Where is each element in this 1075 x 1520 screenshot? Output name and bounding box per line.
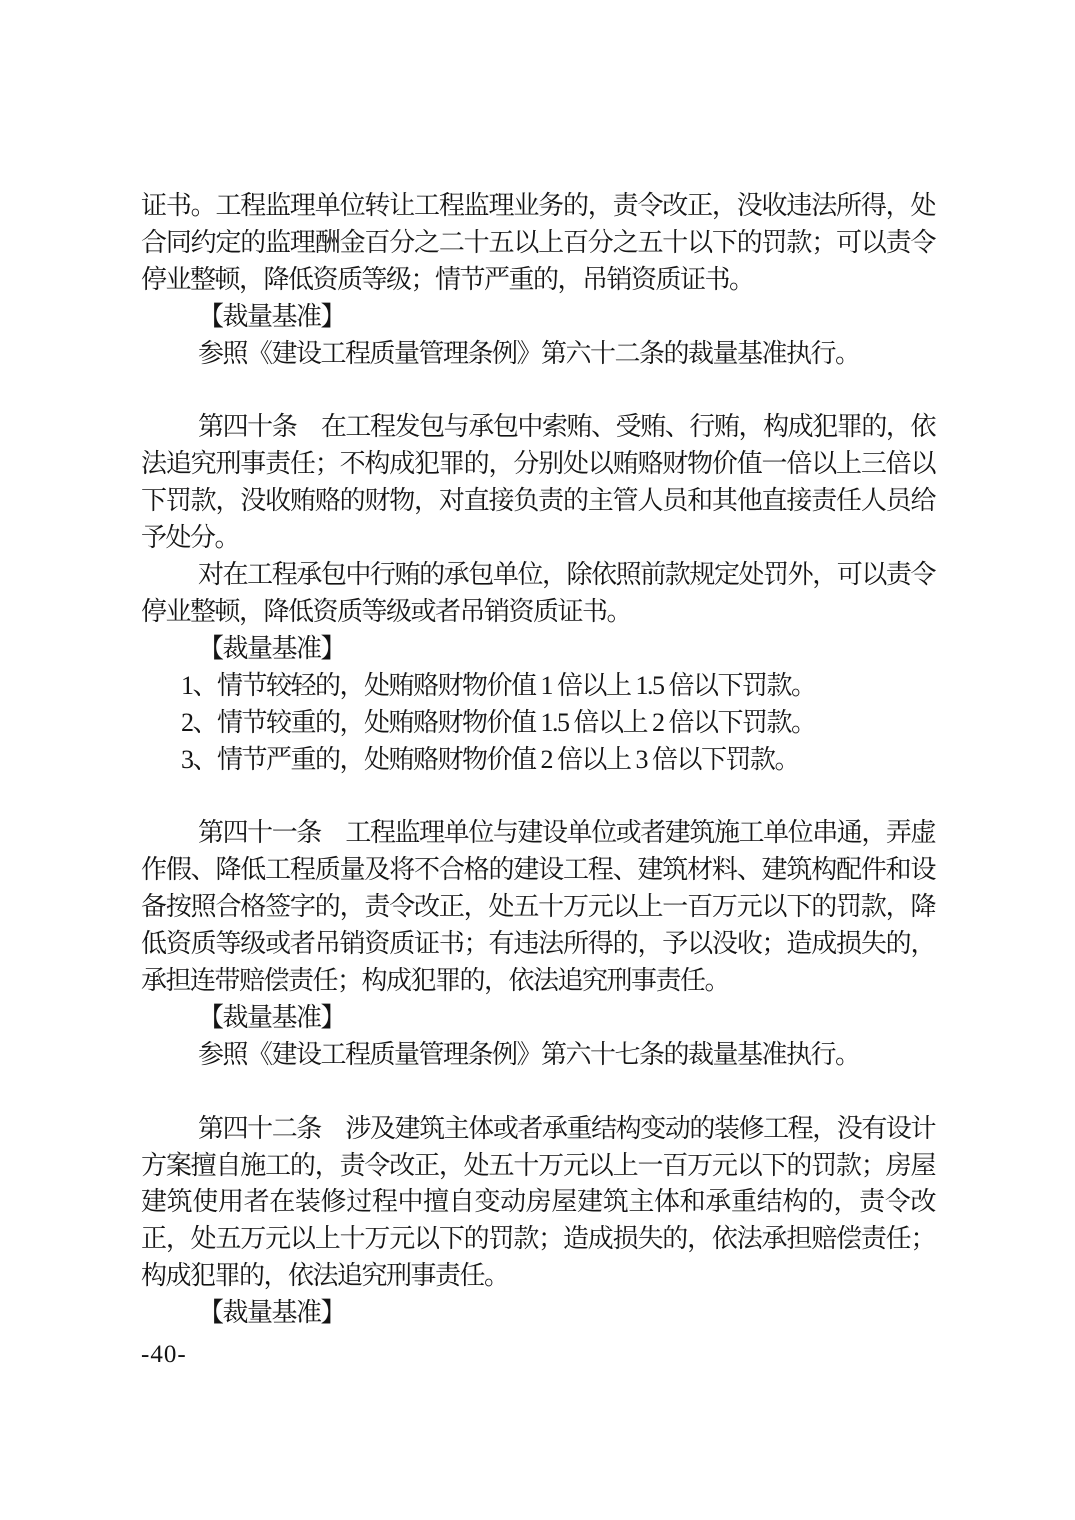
section-label: 【裁量基准】 xyxy=(141,1295,935,1332)
paragraph-spacer xyxy=(141,778,935,815)
section-label: 【裁量基准】 xyxy=(141,631,935,668)
section-label: 【裁量基准】 xyxy=(141,1000,935,1037)
page-number: -40- xyxy=(141,1341,187,1369)
numbered-item: 3、情节严重的，处贿赂财物价值 2 倍以上 3 倍以下罚款。 xyxy=(141,742,935,779)
body-paragraph: 证书。工程监理单位转让工程监理业务的，责令改正，没收违法所得，处合同约定的监理酬… xyxy=(141,188,935,299)
article-paragraph: 第四十一条 工程监理单位与建设单位或者建筑施工单位串通，弄虚作假、降低工程质量及… xyxy=(141,815,935,1000)
article-paragraph: 第四十条 在工程发包与承包中索贿、受贿、行贿，构成犯罪的，依法追究刑事责任；不构… xyxy=(141,409,935,557)
paragraph-spacer xyxy=(141,373,935,410)
numbered-item: 2、情节较重的，处贿赂财物价值 1.5 倍以上 2 倍以下罚款。 xyxy=(141,705,935,742)
paragraph-spacer xyxy=(141,1074,935,1111)
body-paragraph: 对在工程承包中行贿的承包单位，除依照前款规定处罚外，可以责令停业整顿，降低资质等… xyxy=(141,557,935,631)
body-paragraph: 参照《建设工程质量管理条例》第六十七条的裁量基准执行。 xyxy=(141,1037,935,1074)
section-label: 【裁量基准】 xyxy=(141,299,935,336)
article-paragraph: 第四十二条 涉及建筑主体或者承重结构变动的装修工程，没有设计方案擅自施工的，责令… xyxy=(141,1111,935,1296)
document-body: 证书。工程监理单位转让工程监理业务的，责令改正，没收违法所得，处合同约定的监理酬… xyxy=(141,188,935,1332)
numbered-item: 1、情节较轻的，处贿赂财物价值 1 倍以上 1.5 倍以下罚款。 xyxy=(141,668,935,705)
body-paragraph: 参照《建设工程质量管理条例》第六十二条的裁量基准执行。 xyxy=(141,336,935,373)
document-page: 证书。工程监理单位转让工程监理业务的，责令改正，没收违法所得，处合同约定的监理酬… xyxy=(0,0,1075,1520)
